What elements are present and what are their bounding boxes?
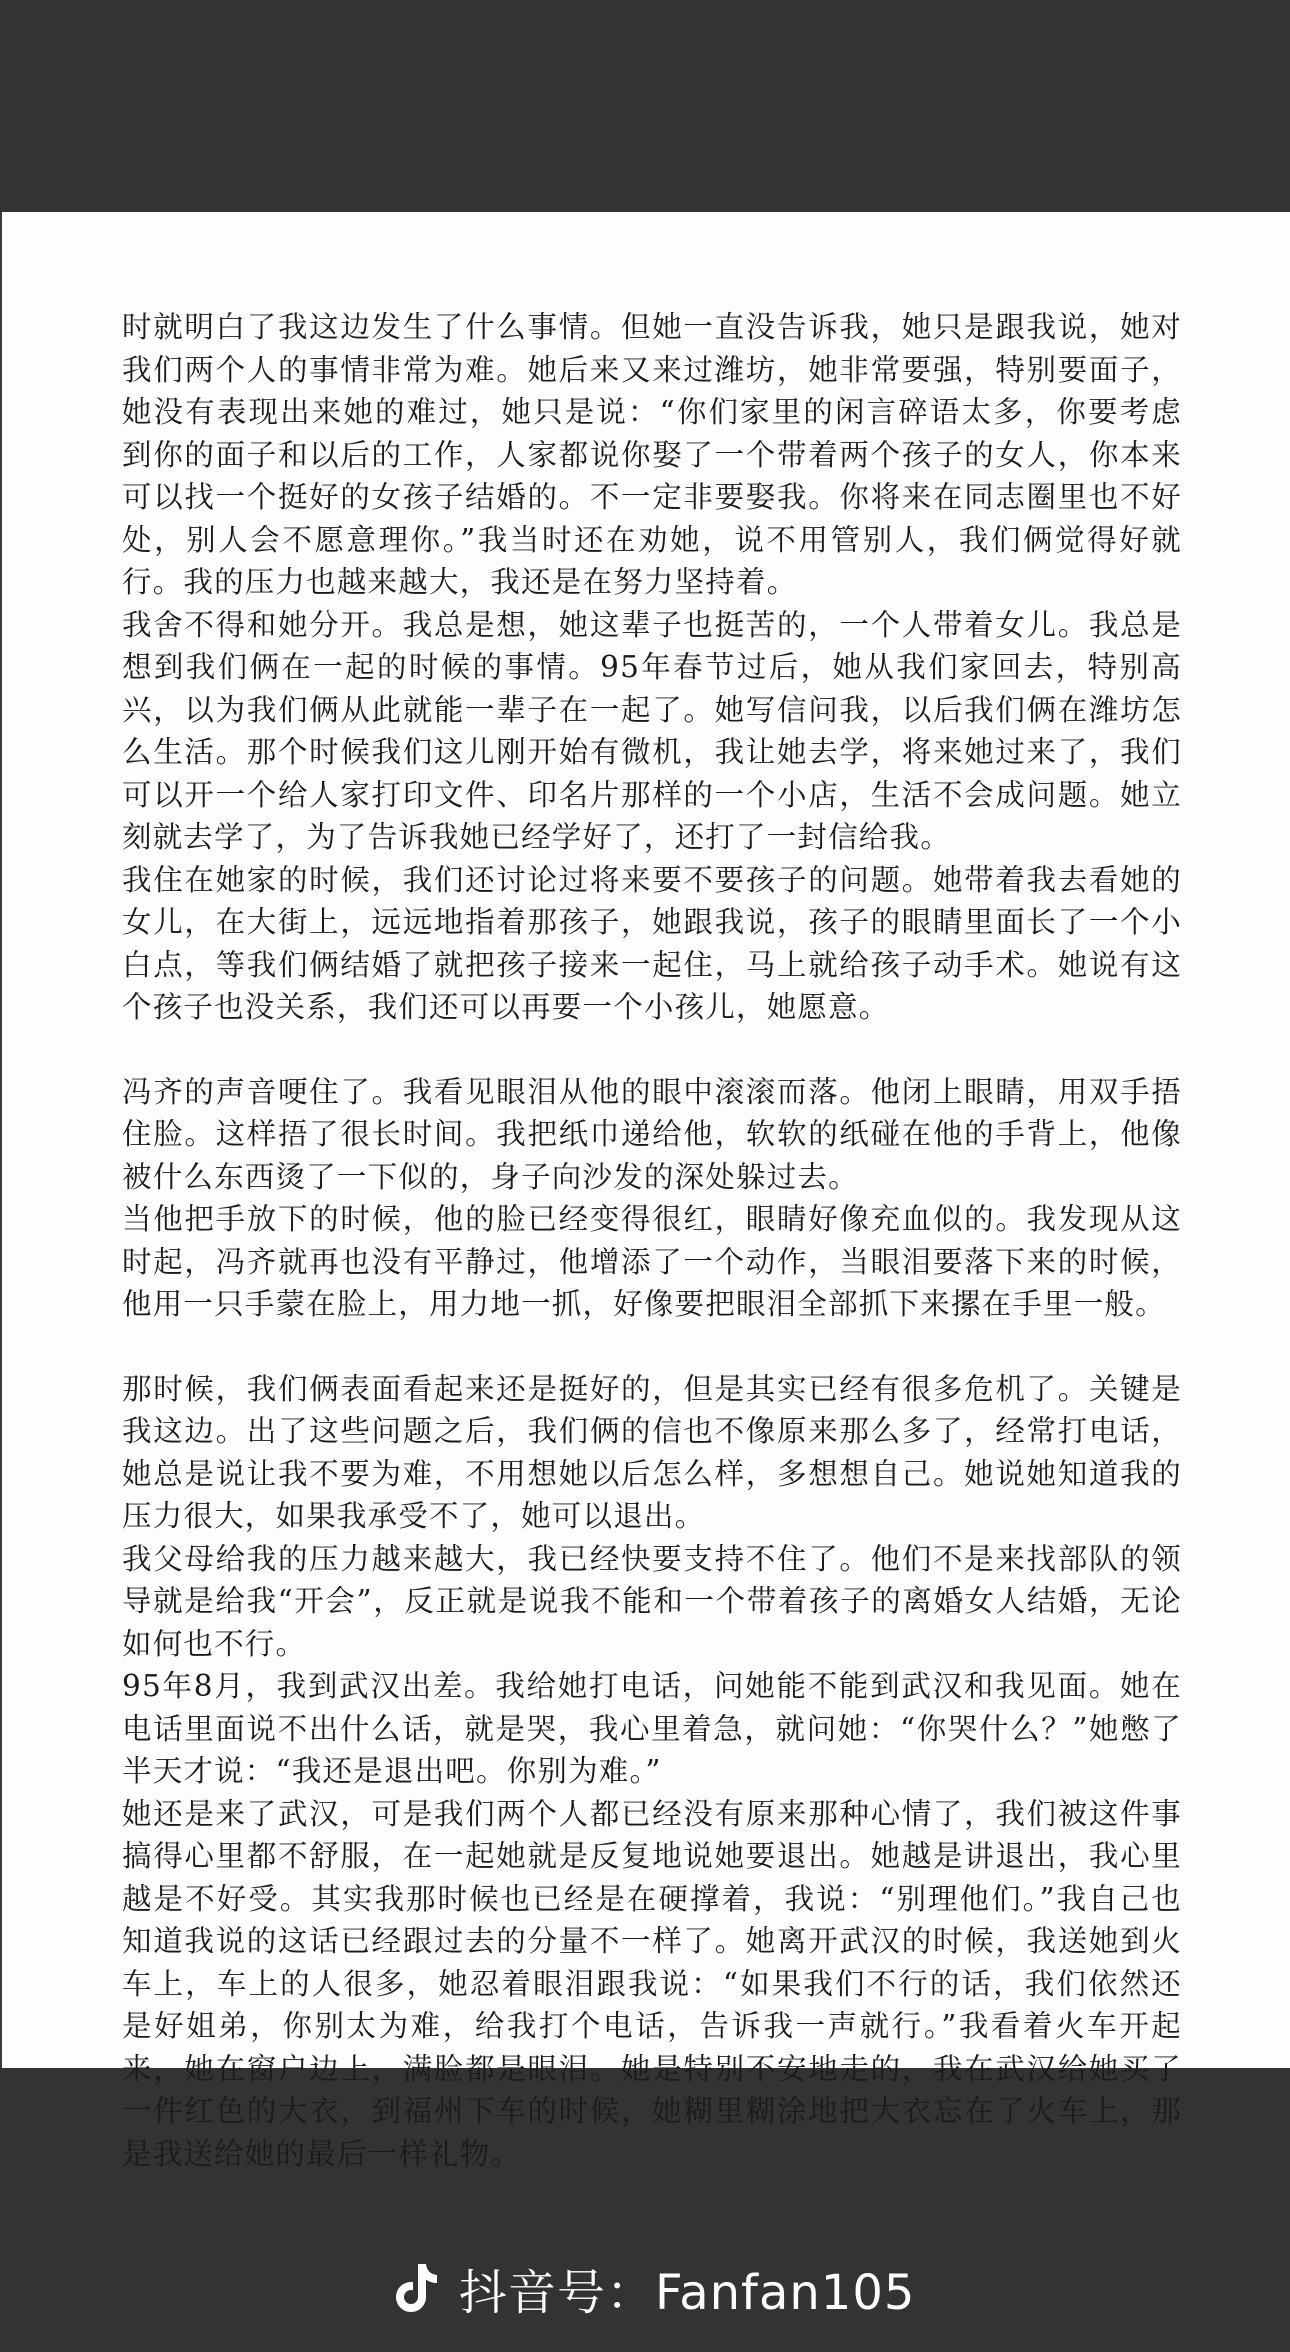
paragraph-1: 时就明白了我这边发生了什么事情。但她一直没告诉我，她只是跟我说，她对我们两个人的… (122, 306, 1182, 604)
paragraph-5: 当他把手放下的时候，他的脸已经变得很红，眼睛好像充血似的。我发现从这时起，冯齐就… (122, 1198, 1182, 1326)
douyin-watermark: 抖音号：Fanfan105 (395, 2253, 915, 2323)
paragraph-8: 95年8月，我到武汉出差。我给她打电话，问她能不能到武汉和我见面。她在电话里面说… (122, 1665, 1182, 1793)
paragraph-6: 那时候，我们俩表面看起来还是挺好的，但是其实已经有很多危机了。关键是我这边。出了… (122, 1368, 1182, 1538)
watermark-account-label: 抖音号：Fanfan105 (459, 2254, 915, 2323)
document-page: 时就明白了我这边发生了什么事情。但她一直没告诉我，她只是跟我说，她对我们两个人的… (0, 212, 1290, 2068)
paragraph-9: 她还是来了武汉，可是我们两个人都已经没有原来那种心情了，我们被这件事搞得心里都不… (122, 1793, 1182, 2176)
paragraph-4: 冯齐的声音哽住了。我看见眼泪从他的眼中滚滚而落。他闭上眼睛，用双手捂住脸。这样捂… (122, 1071, 1182, 1199)
document-body: 时就明白了我这边发生了什么事情。但她一直没告诉我，她只是跟我说，她对我们两个人的… (122, 306, 1182, 2175)
tiktok-logo-icon (395, 2260, 441, 2316)
paragraph-7: 我父母给我的压力越来越大，我已经快要支持不住了。他们不是来找部队的领导就是给我“… (122, 1538, 1182, 1666)
paragraph-2: 我舍不得和她分开。我总是想，她这辈子也挺苦的，一个人带着女儿。我总是想到我们俩在… (122, 604, 1182, 859)
paragraph-3: 我住在她家的时候，我们还讨论过将来要不要孩子的问题。她带着我去看她的女儿，在大街… (122, 859, 1182, 1029)
